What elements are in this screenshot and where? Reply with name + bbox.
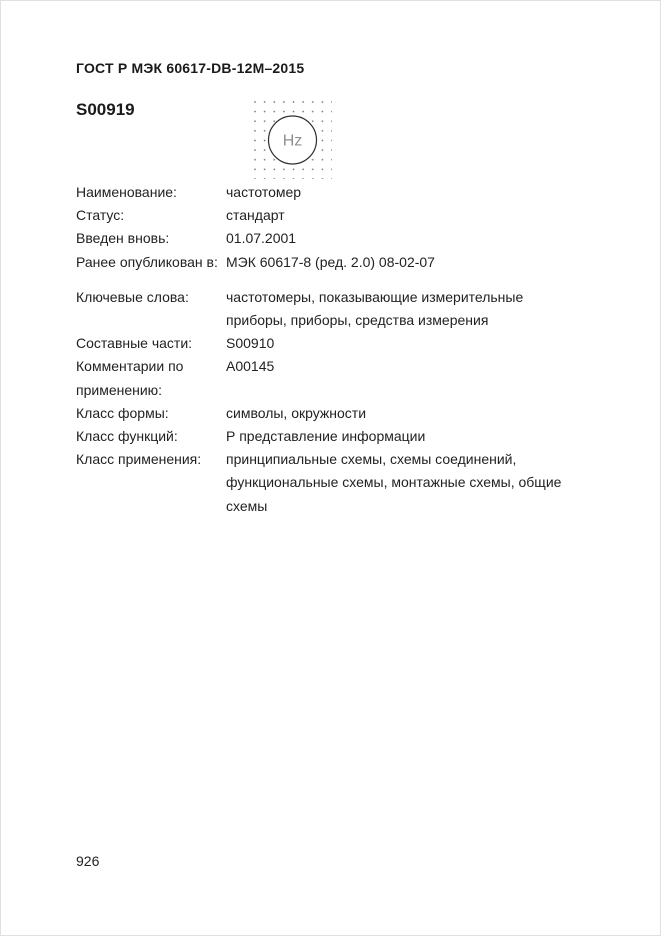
field-value: принципиальные схемы, схемы соединений, …: [226, 448, 586, 518]
field-row-keywords: Ключевые слова: частотомеры, показывающи…: [76, 286, 588, 332]
field-row-function-class: Класс функций: Р представление информаци…: [76, 425, 588, 448]
field-row-name: Наименование: частотомер: [76, 181, 588, 204]
frequency-meter-symbol: Hz: [254, 101, 332, 179]
field-label: Составные части:: [76, 332, 226, 355]
field-label: Класс формы:: [76, 402, 226, 425]
field-value: 01.07.2001: [226, 227, 586, 250]
page-number: 926: [76, 853, 99, 869]
field-label: Класс применения:: [76, 448, 226, 471]
field-row-components: Составные части: S00910: [76, 332, 588, 355]
field-value: частотомер: [226, 181, 586, 204]
field-value: A00145: [226, 355, 586, 378]
field-row-application-class: Класс применения: принципиальные схемы, …: [76, 448, 588, 518]
document-page: ГОСТ Р МЭК 60617-DB-12M–2015 S00919 Hz Н…: [0, 0, 661, 936]
standard-title: ГОСТ Р МЭК 60617-DB-12M–2015: [76, 60, 304, 76]
field-row-status: Статус: стандарт: [76, 204, 588, 227]
field-value: частотомеры, показывающие измерительные …: [226, 286, 586, 332]
field-label: Класс функций:: [76, 425, 226, 448]
field-label: Введен вновь:: [76, 227, 226, 250]
attribute-list: Наименование: частотомер Статус: стандар…: [76, 181, 588, 518]
field-value: стандарт: [226, 204, 586, 227]
field-label: Статус:: [76, 204, 226, 227]
field-value: S00910: [226, 332, 586, 355]
field-row-shape-class: Класс формы: символы, окружности: [76, 402, 588, 425]
field-label: Ключевые слова:: [76, 286, 226, 309]
field-label: Ранее опубликован в:: [76, 251, 226, 274]
field-value: Р представление информации: [226, 425, 586, 448]
field-row-previously-published: Ранее опубликован в: МЭК 60617-8 (ред. 2…: [76, 251, 588, 274]
field-row-application-comments: Комментарии по применению: A00145: [76, 355, 588, 401]
field-row-introduced: Введен вновь: 01.07.2001: [76, 227, 588, 250]
field-value: символы, окружности: [226, 402, 586, 425]
field-label: Наименование:: [76, 181, 226, 204]
symbol-figure: Hz: [254, 101, 332, 179]
hz-label: Hz: [283, 133, 303, 150]
field-label: Комментарии по применению:: [76, 355, 226, 401]
field-value: МЭК 60617-8 (ред. 2.0) 08-02-07: [226, 251, 586, 274]
symbol-id: S00919: [76, 100, 135, 120]
